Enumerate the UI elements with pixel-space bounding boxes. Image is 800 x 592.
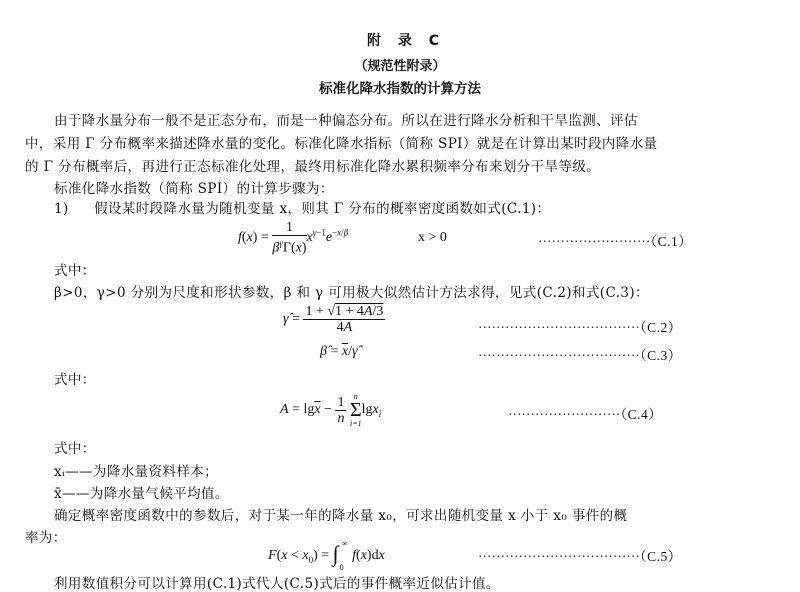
- where-label-1: 式中：: [54, 259, 96, 279]
- fraction: 1 + √1 + 4A/3 4A: [303, 304, 385, 335]
- equation-c1-condition: x > 0: [418, 230, 447, 246]
- intro-line-3: 的 Γ 分布概率后，再进行正态标准化处理，最终用标准化降水累积频率分布来划分干旱…: [25, 155, 600, 175]
- section-title: 标准化降水指数的计算方法: [0, 77, 800, 97]
- appendix-title: 附 录 C: [0, 30, 800, 50]
- fraction: 1 n: [335, 395, 346, 426]
- definition-xbar: x̄——为降水量气候平均值。: [54, 482, 229, 502]
- final-sentence: 利用数值积分可以计算用(C.1)式代人(C.5)式后的事件概率近似估计值。: [54, 572, 500, 592]
- appendix-type: （规范性附录）: [0, 55, 800, 74]
- where-label-2: 式中：: [54, 368, 96, 388]
- equation-c5-number: ····································（C.5…: [478, 545, 682, 565]
- summation: nΣi=1: [350, 392, 362, 428]
- equation-c2: γ̂ = 1 + √1 + 4A/3 4A: [283, 304, 385, 335]
- step-1-number: 1): [54, 201, 69, 217]
- intro-line-2: 中，采用 Γ 分布概率来描述降水量的变化。标准化降水指标（简称 SPI）就是在计…: [25, 132, 658, 152]
- probability-line-1: 确定概率密度函数中的参数后，对于某一年的降水量 x₀，可求出随机变量 x 小于 …: [54, 504, 627, 524]
- integral-sign: ∫∞0: [333, 543, 349, 569]
- step-1: 1) 假设某时段降水量为随机变量 x，则其 Γ 分布的概率密度函数如式(C.1)…: [54, 197, 550, 217]
- equation-c4: A = lgx − 1 n nΣi=1 lgxi: [280, 392, 381, 428]
- probability-line-2: 率为：: [25, 526, 67, 546]
- params-text: β>0，γ>0 分别为尺度和形状参数，β 和 γ 可用极大似然估计方法求得，见式…: [54, 281, 649, 301]
- equation-c4-number: ·························（C.4）: [508, 403, 662, 423]
- steps-intro: 标准化降水指数（简称 SPI）的计算步骤为：: [54, 177, 334, 197]
- intro-line-1: 由于降水量分布一般不是正态分布，而是一种偏态分布。所以在进行降水分析和干旱监测、…: [54, 109, 638, 129]
- equation-c5: F(x < x0) = ∫∞0 f(x)dx: [268, 543, 385, 569]
- equation-c3-number: ····································（C.3…: [478, 344, 682, 364]
- where-label-3: 式中：: [54, 437, 96, 457]
- equation-c2-number: ····································（C.2…: [478, 316, 682, 336]
- step-1-text: 假设某时段降水量为随机变量 x，则其 Γ 分布的概率密度函数如式(C.1)：: [94, 201, 550, 217]
- definition-xi: xᵢ——为降水量资料样本；: [54, 460, 218, 480]
- fraction: 1 βγΓ(x): [272, 220, 306, 256]
- equation-c1-number: ·························（C.1）: [538, 230, 692, 250]
- equation-c1: f(x) = 1 βγΓ(x) xγ−1e−x/β: [238, 220, 348, 256]
- equation-c3: β̂ = x/γ̂: [320, 344, 358, 360]
